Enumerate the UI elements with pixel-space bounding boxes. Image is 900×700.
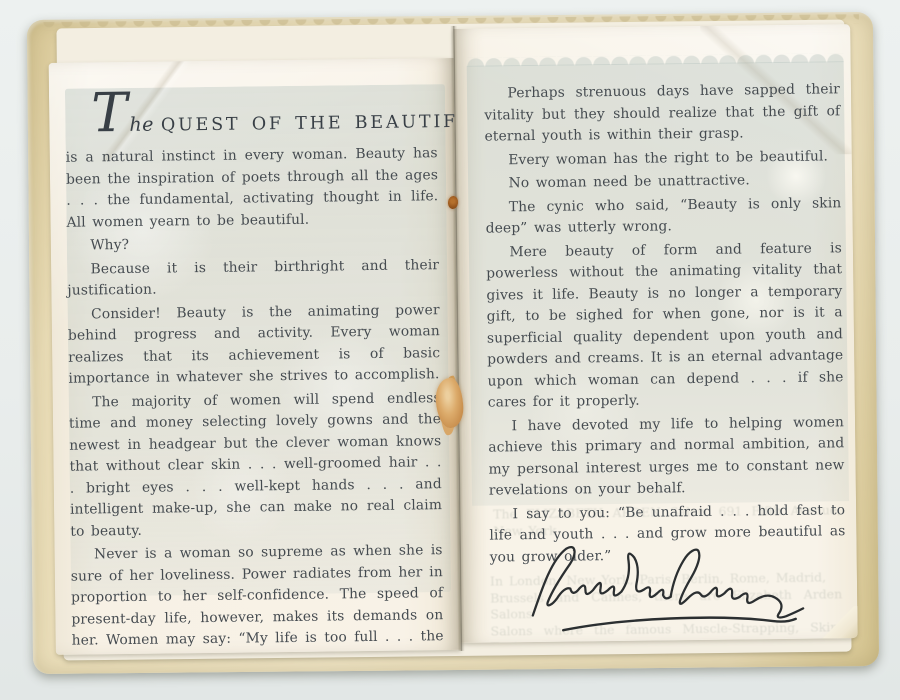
heading-drop-cap: T	[91, 81, 128, 144]
paragraph: Never is a woman so supreme as when she …	[70, 540, 444, 655]
signature-image	[505, 533, 816, 641]
paragraph: The majority of women will spend endless…	[69, 388, 443, 543]
paragraph: The cynic who said, “Beauty is only skin…	[485, 193, 841, 240]
paragraph: Why?	[67, 231, 439, 257]
elizabeth-arden-signature: Elizabeth Arden	[505, 533, 816, 641]
paragraph: I have devoted my life to helping women …	[488, 412, 845, 502]
paragraph: is a natural instinct in every woman. Be…	[66, 143, 439, 234]
left-page-text-column: TheQUEST OF THE BEAUTIFUL is a natural i…	[65, 82, 444, 655]
chapter-heading: TheQUEST OF THE BEAUTIFUL	[91, 82, 438, 142]
paragraph: Mere beauty of form and feature is power…	[486, 238, 844, 414]
paragraph: Perhaps strenuous days have sapped their…	[484, 79, 841, 148]
right-page-text-column: Perhaps strenuous days have sapped their…	[484, 79, 846, 570]
heading-title: QUEST OF THE BEAUTIFUL	[161, 112, 461, 136]
open-page-spread: TheQUEST OF THE BEAUTIFUL is a natural i…	[48, 21, 858, 656]
paragraph: Consider! Beauty is the animating power …	[68, 300, 441, 391]
book-scan-scene: TheQUEST OF THE BEAUTIFUL is a natural i…	[0, 0, 900, 700]
page-corner-curl	[819, 606, 857, 640]
right-page: The ELIZABETH ARDEN Salon, 691 Fifth Ave…	[453, 24, 857, 643]
paragraph: Because it is their birthright and their…	[67, 255, 439, 303]
paragraph: Every woman has the right to be beautifu…	[485, 146, 841, 172]
heading-drop-cap-small: he	[129, 114, 154, 136]
left-page: TheQUEST OF THE BEAUTIFUL is a natural i…	[49, 58, 461, 655]
paragraph: No woman need be unattractive.	[485, 169, 841, 195]
